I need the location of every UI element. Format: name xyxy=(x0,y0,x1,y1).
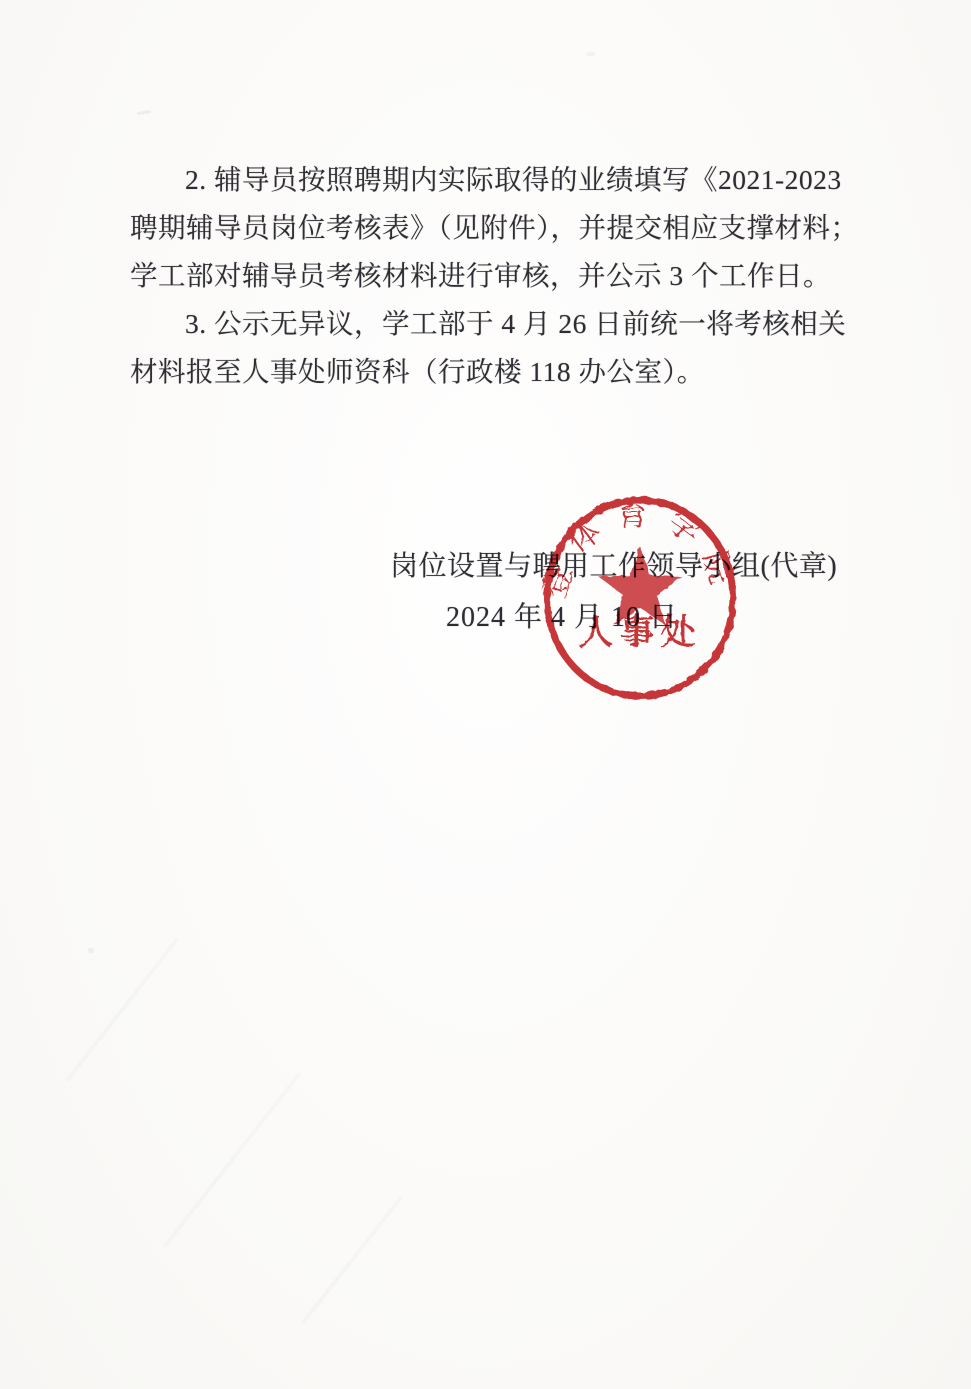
document-line: 2. 辅导员按照聘期内实际取得的业绩填写《2021-2023 xyxy=(130,156,870,204)
seal-group: 登体育学院 人事处 xyxy=(540,496,740,696)
document-body: 2. 辅导员按照聘期内实际取得的业绩填写《2021-2023 聘期辅导员岗位考核… xyxy=(130,156,870,396)
scan-artifact xyxy=(137,110,151,115)
scan-streak xyxy=(163,1072,302,1248)
scan-artifact xyxy=(586,52,595,56)
document-line: 学工部对辅导员考核材料进行审核，并公示 3 个工作日。 xyxy=(130,252,870,300)
document-line: 材料报至人事处师资科（行政楼 118 办公室）。 xyxy=(130,348,870,396)
document-line: 3. 公示无异议，学工部于 4 月 26 日前统一将考核相关 xyxy=(130,300,870,348)
scanned-document-page: 2. 辅导员按照聘期内实际取得的业绩填写《2021-2023 聘期辅导员岗位考核… xyxy=(0,0,971,1389)
seal-bottom-text: 人事处 xyxy=(578,613,701,652)
scan-streak xyxy=(65,938,179,1082)
scan-artifact xyxy=(88,948,94,953)
document-line: 聘期辅导员岗位考核表》（见附件），并提交相应支撑材料； xyxy=(130,204,870,252)
official-seal: 登体育学院 人事处 xyxy=(540,494,740,704)
scan-streak xyxy=(301,1196,403,1325)
